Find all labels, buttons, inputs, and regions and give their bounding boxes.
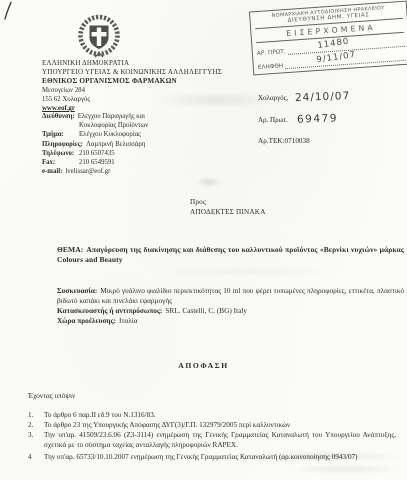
tek-number-line: Αρ.ΤΕΚ:0710038 (258, 137, 310, 145)
stamp-received-label: ΕΛΗΦΘΗ (258, 63, 284, 71)
list-item-text: Την υπ'αρ. 41509/23.6.06 (Ζ3-3114) ενημέ… (44, 430, 396, 450)
list-item-number: 3. (28, 430, 44, 450)
contact-row-direction: Διεύθυνση:Ελέγχου Παραγωγής και (42, 112, 212, 121)
contact-row-information: Πληροφορίες:Λαμπρινή Βελισσάρη (42, 140, 212, 149)
list-item-number: 1. (28, 410, 44, 420)
contact-value: Ελέγχου Παραγωγής και (78, 113, 145, 120)
street-line: Μεσογείων 284 (42, 86, 90, 95)
contact-label: Πληροφορίες: (42, 140, 83, 149)
list-item-text: Το άρθρο 6 παρ.II εδ.9 του Ν.1316/83. (44, 410, 396, 420)
list-item: 1. Το άρθρο 6 παρ.II εδ.9 του Ν.1316/83. (28, 410, 396, 420)
manufacturer-line: Κατασκευαστής ή αντιπρόσωπος:SRL. Castel… (57, 306, 404, 316)
contact-value: Λαμπρινή Βελισσάρη (86, 141, 145, 148)
contact-label: e-mail: (42, 167, 62, 176)
list-item: 4 Την υπ'αρ. 65733/10.10.2007 ενημέρωση … (28, 452, 396, 462)
contact-label: Τμήμα: (42, 130, 79, 139)
stamp-protocol-handwritten-value: 11480 (317, 37, 350, 51)
republic-line: ΕΛΛΗΝΙΚΗ ΔΗΜΟΚΡΑΤΙΑ (42, 59, 222, 68)
contact-label: Διεύθυνση: (42, 112, 75, 121)
decision-preamble: Έχοντας υπόψιν (28, 391, 75, 400)
origin-line: Χώρα προέλευσης:Ιταλία (57, 316, 404, 326)
to-label: Προς (190, 197, 266, 207)
letterhead-address-block: Μεσογείων 284 155 62 Χολαργός www.eof.gr (42, 86, 90, 113)
list-item: 3. Την υπ'αρ. 41509/23.6.06 (Ζ3-3114) εν… (28, 430, 396, 450)
contact-row-phone: Τηλέφωνο:210 6507435 (42, 149, 212, 158)
protocol-number-line: Αρ. Πρωτ.69479 (258, 113, 338, 125)
list-item: 2. Το άρθρο 23 της Υπουργικής Απόφασης Δ… (28, 420, 396, 430)
packaging-paragraph: Συσκευασία:Μικρό γυάλινο φιαλίδιο περιεκ… (57, 286, 404, 306)
contact-row-direction-wrap: Κυκλοφορίας Προϊόντων (42, 121, 212, 130)
scanned-document-page: ΕΛΛΗΝΙΚΗ ΔΗΜΟΚΡΑΤΙΑ ΥΠΟΥΡΓΕΙΟ ΥΓΕΙΑΣ & Κ… (0, 0, 407, 480)
manufacturer-label: Κατασκευαστής ή αντιπρόσωπος: (57, 306, 162, 315)
stamp-protocol-label: ΑΡ. ΠΡΩΤ. (257, 49, 286, 57)
recipient-block: Προς ΑΠΟΔΕΚΤΕΣ ΠΙΝΑΚΑ (190, 197, 266, 217)
origin-value: Ιταλία (119, 316, 138, 325)
legal-references-list: 1. Το άρθρο 6 παρ.II εδ.9 του Ν.1316/83.… (28, 410, 396, 462)
letterhead-org-block: ΕΛΛΗΝΙΚΗ ΔΗΜΟΚΡΑΤΙΑ ΥΠΟΥΡΓΕΙΟ ΥΓΕΙΑΣ & Κ… (42, 59, 222, 85)
list-item-text: Την υπ'αρ. 65733/10.10.2007 ενημέρωση τη… (44, 452, 396, 462)
scan-artifact (290, 465, 400, 473)
manufacturer-value: SRL. Castelli, C. (BG) Italy (165, 306, 247, 315)
contact-value: Ελέγχου Κυκλοφορίας (79, 131, 141, 138)
list-item-text: Το άρθρο 23 της Υπουργικής Απόφασης ΔΥΓ(… (44, 420, 396, 430)
organization-line: ΕΘΝΙΚΟΣ ΟΡΓΑΝΙΣΜΟΣ ΦΑΡΜΑΚΩΝ (42, 77, 222, 86)
contact-label: Fax: (42, 158, 79, 167)
contact-row-fax: Fax:210 6549591 (42, 158, 212, 167)
decision-title: ΑΠΟΦΑΣΗ (0, 361, 407, 370)
handwritten-protocol-number: 69479 (297, 112, 338, 125)
place-date-line: Χολαργός,24/10/07 (258, 91, 350, 103)
product-details-block: Συσκευασία:Μικρό γυάλινο φιαλίδιο περιεκ… (57, 286, 404, 326)
contact-value: lvelissar@eof.gr (65, 168, 110, 175)
recipient-name: ΑΠΟΔΕΚΤΕΣ ΠΙΝΑΚΑ (190, 207, 266, 217)
place-label: Χολαργός, (258, 94, 288, 102)
incoming-registry-stamp: ΝΟΜΑΡΧΙΑΚΗ ΑΥΤΟΔΙΟΙΚΗΣΗ ΗΡΑΚΛΕΙΟΥ ΔΙΕΥΘΥ… (249, 1, 407, 76)
packaging-label: Συσκευασία: (57, 286, 97, 295)
scan-artifact (196, 178, 222, 186)
contact-value: 210 6507435 (79, 150, 115, 157)
list-item-number: 4 (28, 452, 44, 462)
handwritten-corner-mark (2, 1, 14, 26)
list-item-number: 2. (28, 420, 44, 430)
pen-stroke-icon (2, 1, 14, 21)
contact-value: Κυκλοφορίας Προϊόντων (79, 122, 148, 129)
contact-value: 210 6549591 (79, 159, 115, 166)
contact-row-email: e-mail:lvelissar@eof.gr (42, 167, 212, 176)
protocol-label: Αρ. Πρωτ. (258, 116, 288, 124)
subject-label: ΘΕΜΑ: (57, 245, 83, 254)
contact-label: Τηλέφωνο: (42, 149, 79, 158)
origin-label: Χώρα προέλευσης: (57, 316, 116, 325)
scan-artifact (150, 268, 350, 276)
contact-row-department: Τμήμα:Ελέγχου Κυκλοφορίας (42, 130, 212, 139)
contact-block: Διεύθυνση:Ελέγχου Παραγωγής και Κυκλοφορ… (42, 112, 212, 176)
city-line: 155 62 Χολαργός (42, 95, 90, 104)
handwritten-date: 24/10/07 (295, 90, 351, 104)
packaging-text: Μικρό γυάλινο φιαλίδιο περιεκτικότητας 1… (57, 286, 404, 305)
ministry-line: ΥΠΟΥΡΓΕΙΟ ΥΓΕΙΑΣ & ΚΟΙΝΩΝΙΚΗΣ ΑΛΛΗΛΕΓΓΥΗ… (42, 68, 222, 77)
subject-text: Απαγόρευση της διακίνησης και διάθεσης τ… (57, 245, 404, 264)
subject-paragraph: ΘΕΜΑ:Απαγόρευση της διακίνησης και διάθε… (57, 245, 404, 265)
